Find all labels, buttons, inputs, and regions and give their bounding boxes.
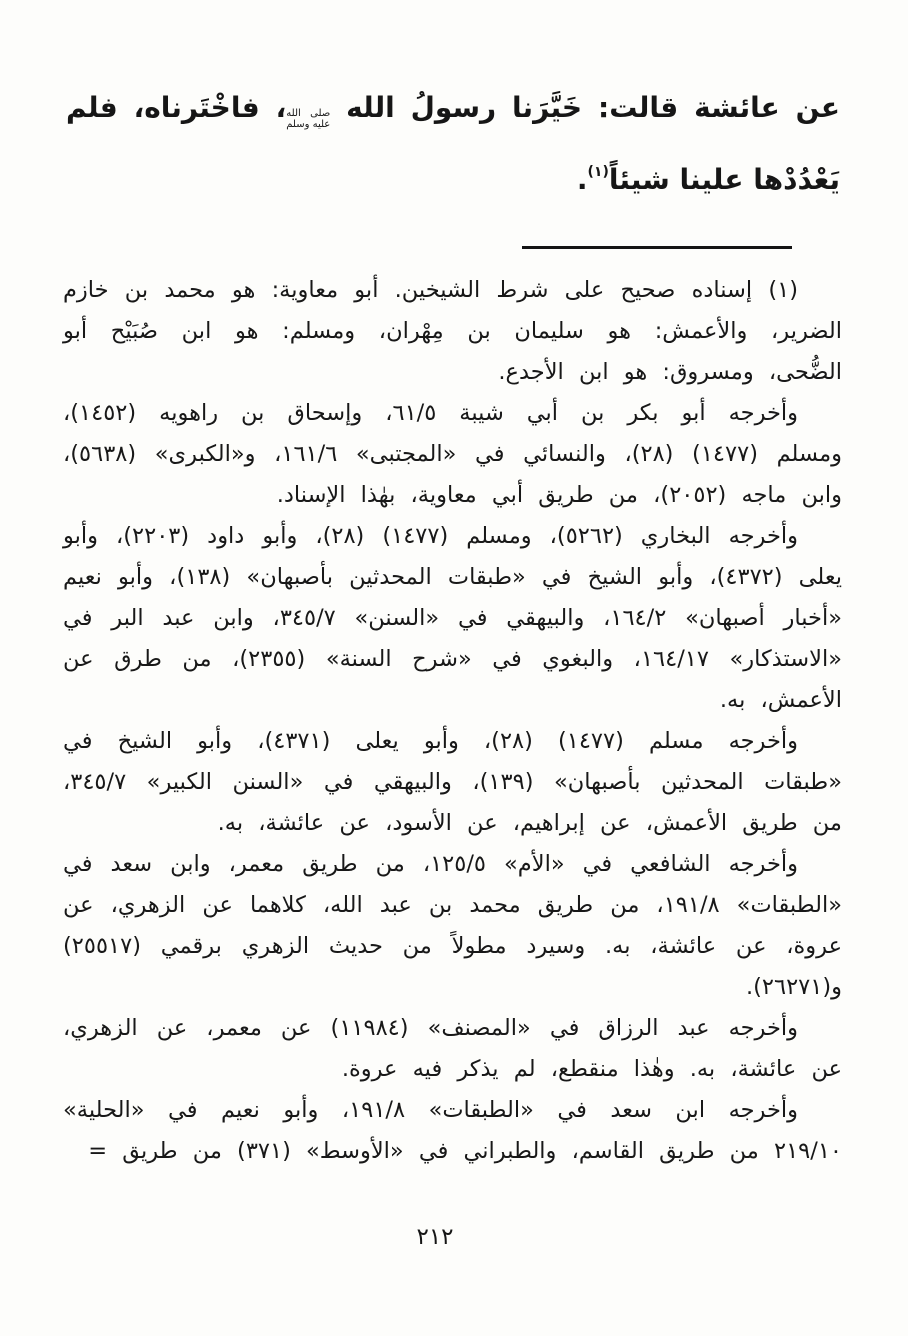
- hadith-part-b: ، فاخْتَرناه، فلم: [66, 91, 286, 124]
- footnotes-section: (١) إسناده صحيح على شرط الشيخين. أبو معا…: [63, 270, 842, 1172]
- footnote-paragraph-4: وأخرجه مسلم (١٤٧٧) (٢٨)، وأبو يعلى (٤٣٧١…: [63, 721, 842, 844]
- hadith-line-2: يَعْدُدْها علينا شيئاً(١).: [577, 163, 840, 196]
- footnote-separator-rule: [522, 246, 792, 249]
- hadith-text: عن عائشة قالت: خَيَّرَنا رسولُ الله صلى …: [66, 76, 840, 212]
- footnote-paragraph-3: وأخرجه البخاري (٥٢٦٢)، ومسلم (١٤٧٧) (٢٨)…: [63, 516, 842, 721]
- honorific-saw-icon: صلى اللهعليه وسلم: [286, 108, 330, 130]
- page-number: ٢١٢: [0, 1224, 870, 1250]
- footnote-reference-marker: (١): [588, 164, 609, 180]
- footnote-paragraph-2: وأخرجه أبو بكر بن أبي شيبة ٦١/٥، وإسحاق …: [63, 393, 842, 516]
- footnote-paragraph-5: وأخرجه الشافعي في «الأم» ١٢٥/٥، من طريق …: [63, 844, 842, 1008]
- honorific-line-2: عليه وسلم: [286, 119, 330, 130]
- honorific-line-1: صلى الله: [286, 108, 330, 119]
- footnote-paragraph-7: وأخرجه ابن سعد في «الطبقات» ١٩١/٨، وأبو …: [63, 1090, 842, 1172]
- hadith-line-2-text: يَعْدُدْها علينا شيئاً: [609, 163, 840, 196]
- footnote-paragraph-1: (١) إسناده صحيح على شرط الشيخين. أبو معا…: [63, 270, 842, 393]
- hadith-terminal-period: .: [577, 163, 588, 196]
- footnote-paragraph-6: وأخرجه عبد الرزاق في «المصنف» (١١٩٨٤) عن…: [63, 1008, 842, 1090]
- hadith-line-1: عن عائشة قالت: خَيَّرَنا رسولُ الله صلى …: [66, 76, 840, 140]
- book-page: عن عائشة قالت: خَيَّرَنا رسولُ الله صلى …: [0, 0, 908, 1336]
- hadith-part-a: عن عائشة قالت: خَيَّرَنا رسولُ الله: [330, 91, 840, 124]
